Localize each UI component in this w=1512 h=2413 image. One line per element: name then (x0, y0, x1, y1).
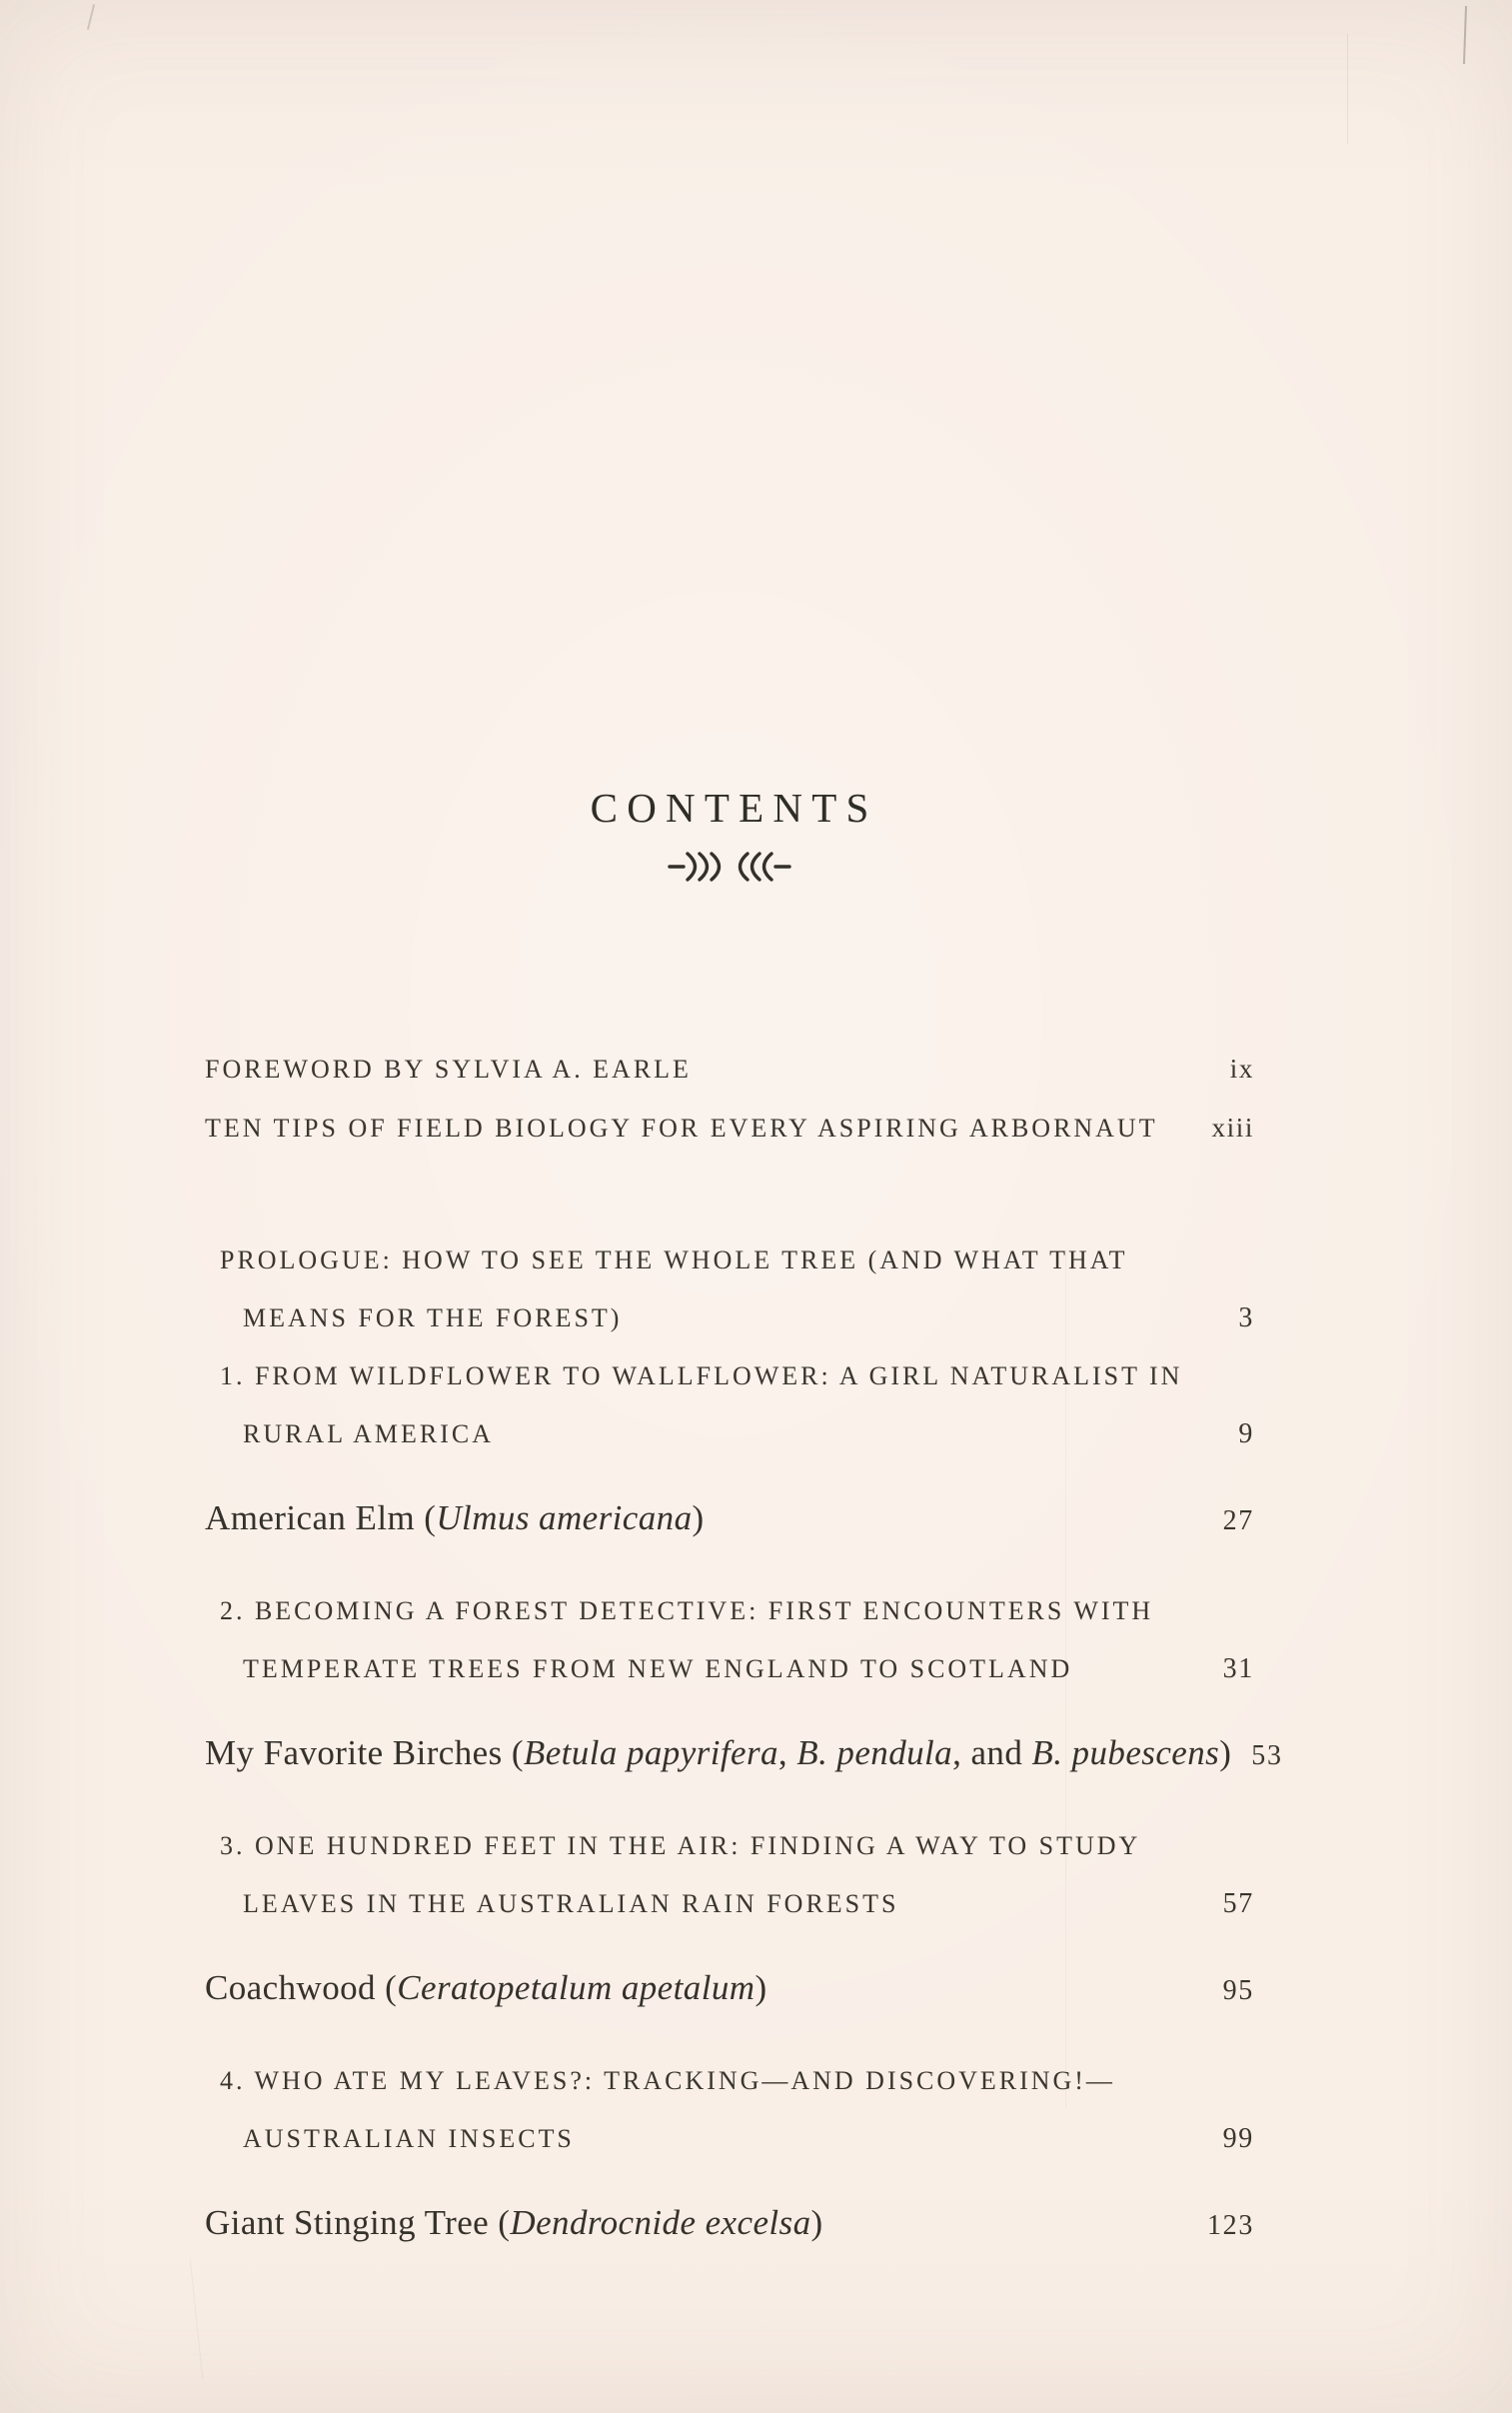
chapter-list: PROLOGUE: HOW TO SEE THE WHOLE TREE (AND… (205, 1231, 1254, 2255)
fleuron-ornament-icon (205, 847, 1254, 892)
chapter-line: 3. ONE HUNDRED FEET IN THE AIR: FINDING … (205, 1817, 1254, 1875)
chapter-line: 4. WHO ATE MY LEAVES?: TRACKING—AND DISC… (205, 2052, 1254, 2110)
entry-label: Coachwood (Ceratopetalum apetalum) (205, 1959, 767, 2017)
latin-name: Betula papyrifera (524, 1733, 778, 1772)
entry-label: PROLOGUE: HOW TO SEE THE WHOLE TREE (AND… (220, 1231, 1128, 1289)
contents-header: CONTENTS (205, 788, 1254, 892)
entry-label: MEANS FOR THE FOREST) (243, 1289, 622, 1347)
page-number: 53 (1231, 1727, 1282, 1785)
chapter-line: 1. FROM WILDFLOWER TO WALLFLOWER: A GIRL… (205, 1347, 1254, 1405)
species-entry: Coachwood (Ceratopetalum apetalum)95 (205, 1959, 1254, 2020)
page-number: 57 (1203, 1875, 1254, 1933)
chapter-line: LEAVES IN THE AUSTRALIAN RAIN FORESTS57 (205, 1875, 1254, 1933)
paper-crease (1347, 34, 1348, 144)
entry-label: TEN TIPS OF FIELD BIOLOGY FOR EVERY ASPI… (205, 1100, 1158, 1158)
page-number: 27 (1203, 1492, 1254, 1550)
paper-crease (190, 2259, 204, 2378)
chapter-entry: PROLOGUE: HOW TO SEE THE WHOLE TREE (AND… (205, 1231, 1254, 1347)
entry-label: FOREWORD BY SYLVIA A. EARLE (205, 1041, 692, 1099)
table-of-contents: FOREWORD BY SYLVIA A. EARLEixTEN TIPS OF… (205, 1040, 1254, 2287)
entry-label: 4. WHO ATE MY LEAVES?: TRACKING—AND DISC… (220, 2052, 1115, 2110)
common-name: American Elm ( (205, 1498, 436, 1537)
front-matter-list: FOREWORD BY SYLVIA A. EARLEixTEN TIPS OF… (205, 1040, 1254, 1158)
scan-artifact (87, 4, 95, 30)
species-entry: My Favorite Birches (Betula papyrifera, … (205, 1724, 1254, 1785)
entry-label: LEAVES IN THE AUSTRALIAN RAIN FORESTS (243, 1875, 898, 1933)
scan-artifact (1463, 6, 1467, 64)
page-number: ix (1210, 1040, 1254, 1098)
common-name: ) (811, 2203, 823, 2242)
entry-label: 3. ONE HUNDRED FEET IN THE AIR: FINDING … (220, 1817, 1140, 1875)
front-matter-row: TEN TIPS OF FIELD BIOLOGY FOR EVERY ASPI… (205, 1099, 1254, 1158)
entry-label: 2. BECOMING A FOREST DETECTIVE: FIRST EN… (220, 1582, 1153, 1640)
chapter-line: PROLOGUE: HOW TO SEE THE WHOLE TREE (AND… (205, 1231, 1254, 1289)
page-number: 123 (1187, 2197, 1254, 2255)
common-name: ) (1219, 1733, 1231, 1772)
front-matter-row: FOREWORD BY SYLVIA A. EARLEix (205, 1040, 1254, 1099)
chapter-entry: 4. WHO ATE MY LEAVES?: TRACKING—AND DISC… (205, 2052, 1254, 2168)
latin-name: B. pubescens (1031, 1733, 1219, 1772)
book-contents-page: CONTENTS FOREWORD BY SYLVIA A. EARLEixTE… (0, 0, 1512, 2413)
latin-name: Ceratopetalum apetalum (397, 1968, 755, 2007)
entry-label: TEMPERATE TREES FROM NEW ENGLAND TO SCOT… (243, 1640, 1072, 1698)
entry-label: 1. FROM WILDFLOWER TO WALLFLOWER: A GIRL… (220, 1347, 1182, 1405)
common-name: , (778, 1733, 796, 1772)
chapter-line: 2. BECOMING A FOREST DETECTIVE: FIRST EN… (205, 1582, 1254, 1640)
page-number: xiii (1192, 1099, 1254, 1157)
page-number: 95 (1203, 1962, 1254, 2020)
entry-label: RURAL AMERICA (243, 1405, 494, 1463)
common-name: , and (952, 1733, 1031, 1772)
common-name: ) (693, 1498, 705, 1537)
page-number: 9 (1218, 1405, 1254, 1463)
entry-label: Giant Stinging Tree (Dendrocnide excelsa… (205, 2194, 823, 2252)
chapter-line: TEMPERATE TREES FROM NEW ENGLAND TO SCOT… (205, 1640, 1254, 1698)
chapter-entry: 3. ONE HUNDRED FEET IN THE AIR: FINDING … (205, 1817, 1254, 1933)
page-number: 31 (1203, 1640, 1254, 1698)
entry-label: My Favorite Birches (Betula papyrifera, … (205, 1724, 1231, 1782)
chapter-entry: 2. BECOMING A FOREST DETECTIVE: FIRST EN… (205, 1582, 1254, 1698)
common-name: Coachwood ( (205, 1968, 397, 2007)
chapter-line: MEANS FOR THE FOREST)3 (205, 1289, 1254, 1347)
species-entry: Giant Stinging Tree (Dendrocnide excelsa… (205, 2194, 1254, 2255)
common-name: Giant Stinging Tree ( (205, 2203, 510, 2242)
entry-label: AUSTRALIAN INSECTS (243, 2110, 575, 2168)
chapter-entry: 1. FROM WILDFLOWER TO WALLFLOWER: A GIRL… (205, 1347, 1254, 1463)
page-number: 99 (1203, 2110, 1254, 2168)
chapter-line: AUSTRALIAN INSECTS99 (205, 2110, 1254, 2168)
latin-name: Ulmus americana (436, 1498, 692, 1537)
page-title: CONTENTS (205, 788, 1254, 829)
species-entry: American Elm (Ulmus americana)27 (205, 1489, 1254, 1550)
common-name: My Favorite Birches ( (205, 1733, 524, 1772)
page-number: 3 (1218, 1289, 1254, 1347)
latin-name: Dendrocnide excelsa (510, 2203, 810, 2242)
latin-name: B. pendula (796, 1733, 952, 1772)
entry-label: American Elm (Ulmus americana) (205, 1489, 705, 1547)
chapter-line: RURAL AMERICA9 (205, 1405, 1254, 1463)
common-name: ) (755, 1968, 766, 2007)
